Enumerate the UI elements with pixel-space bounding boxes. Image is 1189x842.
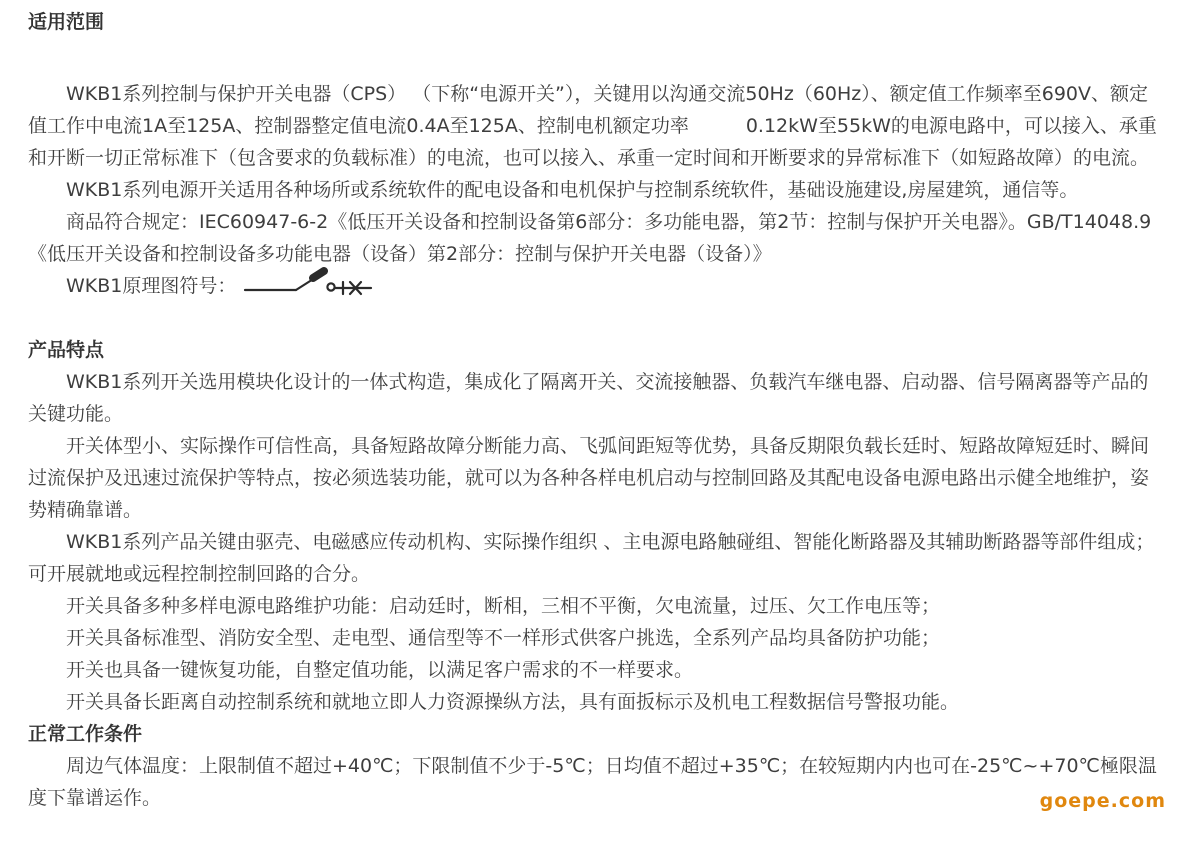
features-paragraph-7: 开关具备长距离自动控制系统和就地立即人力资源操纵方法，具有面扳标示及机电工程数据…	[28, 686, 1161, 718]
features-paragraph-1: WKB1系列开关选用模块化设计的一体式构造，集成化了隔离开关、交流接触器、负载汽…	[28, 366, 1161, 430]
features-paragraph-3: WKB1系列产品关键由驱壳、电磁感应传动机构、实际操作组织 、主电源电路触碰组、…	[28, 526, 1161, 590]
schematic-symbol-line: WKB1原理图符号：	[28, 270, 1161, 302]
cps-schematic-symbol-icon	[242, 266, 374, 300]
schematic-symbol-label: WKB1原理图符号：	[66, 275, 236, 297]
scope-paragraph-1: WKB1系列控制与保护开关电器（CPS） （下称“电源开关”），关键用以沟通交流…	[28, 78, 1161, 174]
features-paragraph-5: 开关具备标准型、消防安全型、走电型、通信型等不一样形式供客户挑选，全系列产品均具…	[28, 622, 1161, 654]
features-paragraph-4: 开关具备多种多样电源电路维护功能：启动廷时，断相，三相不平衡，欠电流量，过压、欠…	[28, 590, 1161, 622]
goepe-watermark: goepe.com	[1040, 790, 1166, 812]
section-heading-features: 产品特点	[28, 334, 1161, 366]
document-page: 适用范围 WKB1系列控制与保护开关电器（CPS） （下称“电源开关”），关键用…	[0, 0, 1189, 842]
section-heading-conditions: 正常工作条件	[28, 718, 1161, 750]
features-paragraph-6: 开关也具备一键恢复功能，自整定值功能，以满足客户需求的不一样要求。	[28, 654, 1161, 686]
section-heading-scope: 适用范围	[28, 6, 1161, 38]
conditions-paragraph-1: 周边气体温度：上限制值不超过+40℃；下限制值不少于-5℃；日均值不超过+35℃…	[28, 750, 1161, 814]
features-paragraph-2: 开关体型小、实际操作可信性高，具备短路故障分断能力高、飞弧间距短等优势，具备反期…	[28, 430, 1161, 526]
scope-paragraph-3: 商品符合规定：IEC60947-6-2《低压开关设备和控制设备第6部分：多功能电…	[28, 206, 1161, 270]
scope-paragraph-2: WKB1系列电源开关适用各种场所或系统软件的配电设备和电机保护与控制系统软件，基…	[28, 174, 1161, 206]
